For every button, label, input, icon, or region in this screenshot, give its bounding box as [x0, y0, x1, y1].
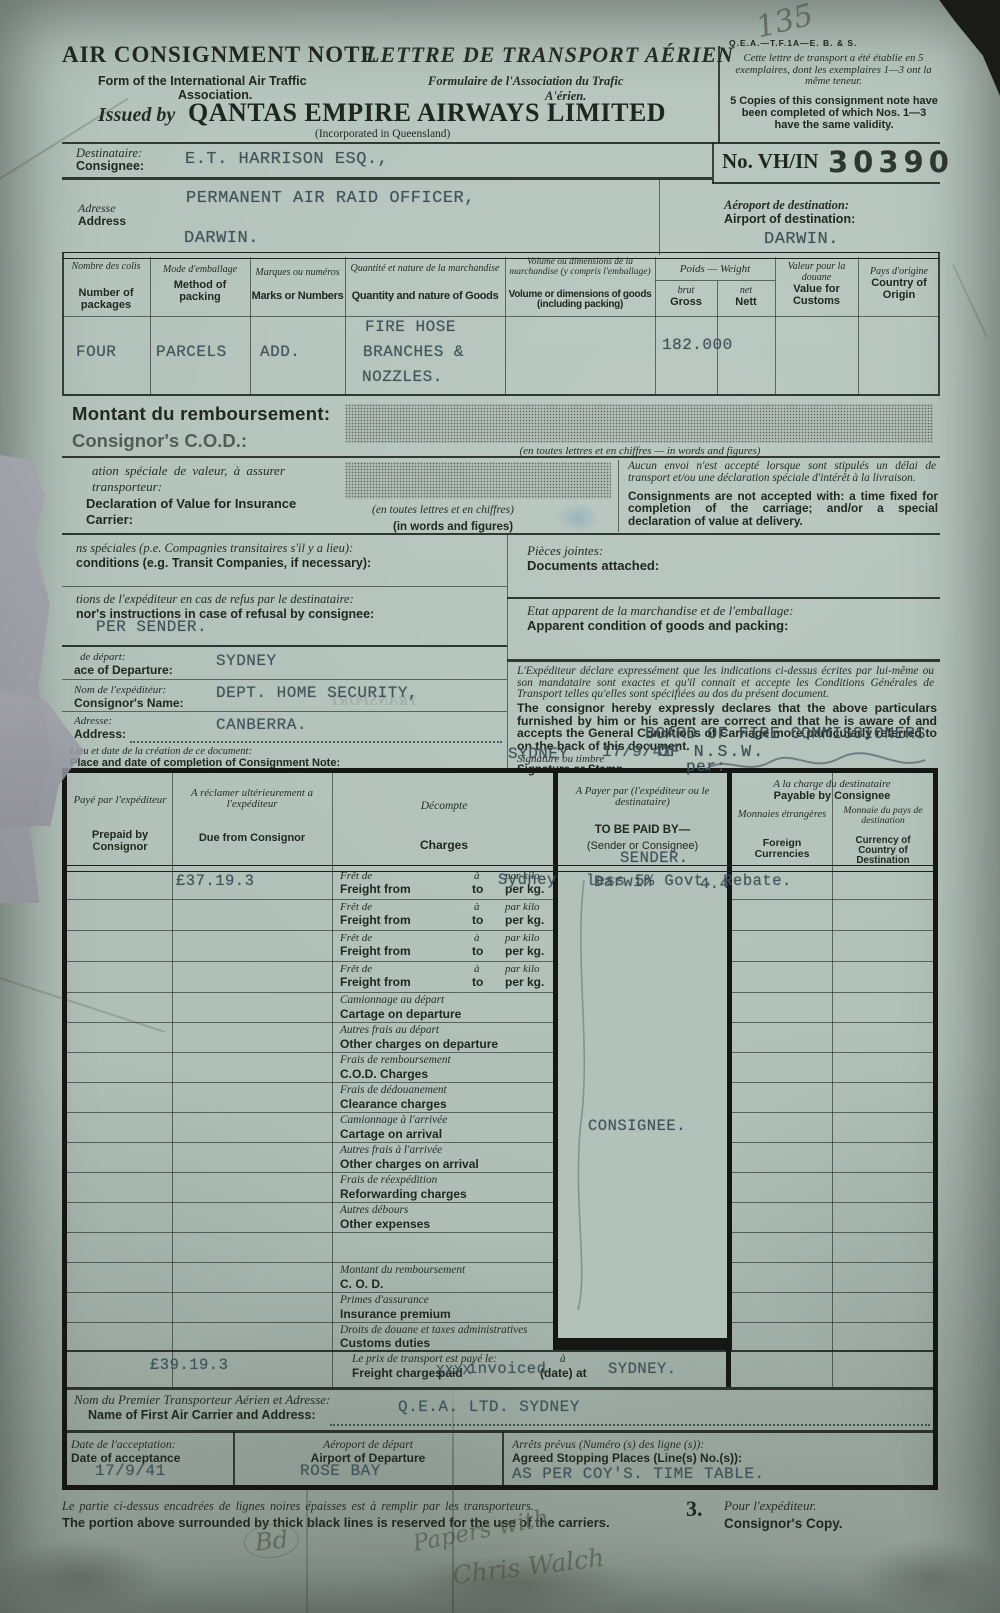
apparent-condition-label-fr: Etat apparent de la marchandise et de l'… [527, 603, 793, 619]
freight-from-en: Freight from [340, 944, 411, 958]
rule [67, 1112, 933, 1113]
destination-currency-header-fr: Monnaie du pays de destination [836, 806, 930, 826]
rule [659, 178, 660, 255]
freight-to-fr: à [474, 870, 480, 882]
goods-header-volume-fr: Volume ou dimensions de la marchandise (… [507, 258, 653, 278]
consignee-address-line2: DARWIN. [184, 229, 259, 248]
goods-header-packing-fr: Mode d'emballage [152, 264, 248, 275]
rule [67, 992, 933, 993]
freight-from-en: Freight from [340, 913, 411, 927]
first-carrier-label-fr: Nom du Premier Transporteur Aérien et Ad… [74, 1392, 330, 1408]
crease [452, 1385, 454, 1613]
goods-header-customs-fr: Valeur pour la douane [777, 262, 856, 283]
rule [655, 280, 775, 281]
place-of-departure-value: SYDNEY [216, 652, 277, 670]
rule [62, 142, 940, 144]
rule [618, 460, 619, 532]
consignor-name-label-fr: Nom de l'expéditéur: [74, 684, 166, 696]
tear-patch [0, 455, 58, 903]
rule [67, 1172, 933, 1173]
goods-description-line2: BRANCHES & [363, 343, 464, 361]
rule [67, 1022, 933, 1023]
rule [62, 645, 507, 647]
due-header-fr: A réclamer ultérieurement a l'expéditeur [176, 788, 328, 810]
freight-rate-en: per kg. [505, 975, 544, 989]
rule [67, 961, 933, 962]
special-conditions-label-en: conditions (e.g. Transit Companies, if n… [76, 556, 371, 570]
rule [858, 257, 859, 394]
stain [0, 1540, 160, 1613]
freight-rate-fr: par kilo [505, 901, 540, 913]
pen-stroke [572, 880, 596, 1310]
charge-item-en: Cartage on arrival [340, 1127, 442, 1141]
charge-item-en: Clearance charges [340, 1097, 447, 1111]
freight-rate-en: per kg. [505, 944, 544, 958]
charges-header-en: Charges [340, 838, 548, 852]
charge-item-en: Reforwarding charges [340, 1187, 467, 1201]
rule [62, 316, 940, 317]
charge-item-en: Other charges on departure [340, 1037, 498, 1051]
total-charges-value: £39.19.3 [150, 1356, 228, 1374]
goods-header-origin-fr: Pays d'origine [860, 266, 938, 277]
form-subtitle-fr-line1: Formulaire de l'Association du Trafic [428, 74, 623, 89]
rule [67, 1082, 933, 1083]
to-be-paid-by-column-bottom [553, 1338, 732, 1350]
copy-label-fr: Pour l'expéditeur. [724, 1498, 816, 1514]
goods-header-nett-en: Nett [719, 296, 773, 308]
freight-from-en: Freight from [340, 975, 411, 989]
gross-weight-value: 182.000 [662, 336, 733, 354]
freight-from-fr: Frêt de [340, 870, 372, 882]
rule [150, 257, 151, 394]
acceptance-date-label-fr: Date de l'acceptation: [71, 1437, 176, 1452]
company-incorporated: (Incorporated in Queensland) [315, 128, 450, 140]
goods-header-quantity-en: Quantity and nature of Goods [345, 290, 505, 302]
air-consignment-note-document: AIR CONSIGNMENT NOTE LETTRE DE TRANSPORT… [0, 0, 1000, 1613]
copy-number: 3. [686, 1496, 703, 1522]
insurance-label-fr-line1: ation spéciale de valeur, à assurer [92, 463, 285, 479]
consignee-label-en: Consignee: [76, 159, 144, 173]
refusal-instructions-value: PER SENDER. [96, 618, 207, 636]
signature-ink [700, 750, 930, 780]
place-of-departure-label-fr: de départ: [80, 651, 126, 663]
charge-item-en: Customs duties [340, 1336, 430, 1350]
rule [507, 659, 940, 662]
departure-airport-value: ROSE BAY [300, 1462, 381, 1480]
destination-value: DARWIN. [764, 230, 839, 249]
charge-item-en: C.O.D. Charges [340, 1067, 428, 1081]
insurance-caption-fr: (en toutes lettres et en chiffres) [372, 504, 514, 516]
consignor-address-value: CANBERRA. [216, 716, 307, 734]
rule [712, 142, 714, 183]
rule [250, 257, 251, 394]
charges-header-fr: Décompte [340, 800, 548, 812]
insurance-fill-area [345, 462, 611, 499]
goods-header-quantity-fr: Quantité et nature de la marchandise [347, 264, 503, 275]
goods-header-gross-en: Gross [657, 296, 715, 308]
goods-header-weight: Poids — Weight [657, 263, 773, 275]
stopping-places-label-en: Agreed Stopping Places (Line(s) No.(s)): [512, 1451, 742, 1465]
rule [67, 1052, 933, 1053]
goods-header-origin-en: Country of Origin [860, 278, 938, 301]
form-code: Q.E.A.—T.F.1A—E. B. & S. [729, 38, 857, 48]
goods-header-packages-en: Number of packages [64, 288, 148, 311]
cod-label-fr: Montant du remboursement: [72, 403, 330, 425]
rule [507, 597, 940, 599]
rule [62, 586, 507, 587]
charge-item-fr: Primes d'assurance [340, 1294, 429, 1306]
completion-label-fr: Lieu et date de la création de ce docume… [70, 746, 252, 757]
goods-header-packing-en: Method of packing [152, 280, 248, 303]
freight-rate-en: per kg. [505, 913, 544, 927]
insurance-label-en-line2: Carrier: [86, 512, 133, 527]
rule [62, 394, 940, 396]
rule [62, 456, 940, 458]
stopping-places-value: AS PER COY'S. TIME TABLE. [512, 1465, 765, 1483]
goods-description-line3: NOZZLES. [362, 368, 443, 386]
paid-by-header-en1: TO BE PAID BY— [560, 824, 725, 836]
charge-item-fr: Frais de réexpédition [340, 1174, 437, 1186]
documents-attached-label-en: Documents attached: [527, 558, 659, 573]
copy-label-en: Consignor's Copy. [724, 1516, 842, 1531]
completion-place-value: SYDNEY [508, 745, 569, 763]
address-label-en: Address [78, 214, 126, 228]
crease [952, 264, 988, 337]
destination-currency-header-en: Currency of Country of Destination [836, 836, 930, 867]
freight-from-en: Freight from [340, 882, 411, 896]
rule [655, 257, 656, 394]
rule [67, 1232, 933, 1233]
foreign-currencies-header-en: Foreign Currencies [736, 838, 828, 860]
rule [67, 1350, 933, 1352]
destination-label-en: Airport of destination: [724, 212, 855, 226]
insurance-label-fr-line2: transporteur: [92, 479, 162, 495]
cod-label-en: Consignor's C.O.D.: [72, 430, 247, 452]
insurance-note-en: Consignments are not accepted with: a ti… [628, 490, 938, 527]
rule [67, 1430, 933, 1433]
insurance-label-en-line1: Declaration of Value for Insurance [86, 496, 296, 511]
ink-bleedthrough: TRANSPORT [330, 693, 418, 710]
insurance-caption-en: (in words and figures) [393, 521, 513, 533]
charge-item-fr: Camionnage au départ [340, 994, 444, 1006]
freight-rate-fr: par kilo [505, 963, 540, 975]
document-title-fr: LETTRE DE TRANSPORT AÉRIEN [366, 42, 734, 68]
charge-item-fr: Autres frais à l'arrivée [340, 1144, 442, 1156]
consignee-name-value: E.T. HARRISON ESQ., [185, 150, 388, 169]
marks-value: ADD. [260, 343, 300, 361]
rule [62, 711, 507, 712]
rule [330, 1424, 930, 1426]
crease [306, 1490, 308, 1613]
goods-header-customs-en: Value for Customs [777, 284, 856, 307]
rule [62, 177, 712, 180]
goods-header-marks-fr: Marques ou numéros [252, 268, 343, 279]
goods-header-volume-en: Volume or dimensions of goods (including… [507, 290, 653, 311]
stopping-places-label-fr: Arrêts prévus (Numéro (s) des ligne (s))… [512, 1437, 704, 1452]
consignment-number-label: No. VH/IN [722, 149, 818, 174]
rule [67, 1262, 933, 1263]
prepaid-header-en: Prepaid by Consignor [70, 830, 170, 853]
freight-paid-label-en: Freight charges [352, 1366, 442, 1380]
goods-header-packages-fr: Nombre des colis [64, 262, 148, 273]
consignor-address-label-en: Address: [74, 727, 126, 741]
charge-item-fr: Autres frais au départ [340, 1024, 439, 1036]
charge-item-fr: Montant du remboursement [340, 1264, 465, 1276]
company-name: QANTAS EMPIRE AIRWAYS LIMITED [188, 98, 666, 128]
freight-from-value: Sydney [498, 871, 557, 889]
rule [67, 1322, 933, 1323]
packing-value: PARCELS [156, 343, 227, 361]
freight-due-value: £37.19.3 [176, 872, 254, 890]
rule [775, 257, 776, 394]
charge-item-fr: Frais de dédouanement [340, 1084, 447, 1096]
invoiced-value: invoiced [468, 1360, 546, 1378]
paid-by-consignee-value: CONSIGNEE. [588, 1117, 686, 1135]
documents-attached-label-fr: Pièces jointes: [527, 543, 603, 559]
form-subtitle-en-line1: Form of the International Air Traffic [98, 74, 307, 88]
stamp-line1: BOARD OF FIRE COMMISSIONERS [645, 724, 926, 743]
stain [860, 1540, 1000, 1613]
rule [62, 679, 507, 680]
freight-from-fr: Frêt de [340, 963, 372, 975]
refusal-instructions-label-fr: tions de l'expéditeur en cas de refus pa… [76, 592, 354, 607]
document-title-en: AIR CONSIGNMENT NOTE [62, 42, 377, 68]
charge-item-en: Other charges on arrival [340, 1157, 479, 1171]
first-carrier-value: Q.E.A. LTD. SYDNEY [398, 1398, 580, 1416]
insurance-note-fr: Aucun envoi n'est accepté lorsque sont s… [628, 461, 936, 485]
charge-item-en: Cartage on departure [340, 1007, 461, 1021]
rule [505, 257, 506, 394]
charge-item-fr: Frais de remboursement [340, 1054, 451, 1066]
freight-to-en: to [472, 913, 483, 927]
rule [130, 741, 502, 743]
rebate-note-value: less 5% Govt. Rebate. [586, 872, 792, 890]
charge-item-fr: Camionnage à l'arrivée [340, 1114, 447, 1126]
rule [726, 1350, 731, 1387]
paid-strikeout: XXXX [436, 1363, 472, 1379]
freight-to-fr: à [474, 932, 480, 944]
freight-paid-place-value: SYDNEY. [608, 1360, 677, 1378]
freight-paid-date-at: (date) at [540, 1366, 587, 1380]
rule [712, 182, 940, 184]
rule [67, 1202, 933, 1203]
freight-to-en: to [472, 882, 483, 896]
charge-item-fr: Autres débours [340, 1204, 408, 1216]
apparent-condition-label-en: Apparent condition of goods and packing: [527, 618, 788, 633]
goods-header-marks-en: Marks or Numbers [250, 290, 345, 302]
rule [62, 252, 64, 394]
rule [67, 899, 933, 900]
rule [938, 252, 940, 394]
place-of-departure-label-en: ace of Departure: [74, 663, 173, 677]
freight-from-fr: Frêt de [340, 901, 372, 913]
corner-note-fr: Cette lettre de transport a été établie … [727, 53, 940, 88]
consignment-number-stamp: 30390 [828, 145, 954, 179]
rule [62, 533, 940, 535]
goods-header-gross-fr: brut [657, 285, 715, 296]
consignor-address-label-fr: Adresse: [74, 715, 112, 727]
acceptance-date-value: 17/9/41 [95, 1462, 166, 1480]
rule [502, 1432, 504, 1485]
foreign-currencies-header-fr: Monnaies étrangères [736, 810, 828, 821]
rule [233, 1432, 235, 1485]
freight-to-fr: à [474, 901, 480, 913]
first-carrier-label-en: Name of First Air Carrier and Address: [88, 1408, 316, 1422]
rule [67, 1387, 933, 1390]
declaration-text-fr: L'Expéditeur déclare expressément que le… [517, 666, 934, 701]
rule [507, 534, 508, 768]
rule [67, 930, 933, 931]
cod-fill-area [345, 404, 933, 443]
freight-to-en: to [472, 975, 483, 989]
paid-by-header-fr: A Payer par (l'expéditeur ou le destinat… [560, 786, 725, 808]
due-header-en: Due from Consignor [176, 833, 328, 845]
charge-item-en: C. O. D. [340, 1277, 383, 1291]
corner-note-en: 5 Copies of this consignment note have b… [729, 95, 939, 131]
paid-by-sender-value: SENDER. [620, 849, 689, 867]
consignor-name-label-en: Consignor's Name: [74, 696, 184, 710]
freight-to-en: to [472, 944, 483, 958]
rule [345, 257, 346, 394]
goods-description-line1: FIRE HOSE [365, 318, 456, 336]
footer-note-fr: Le partie ci-dessus encadrées de lignes … [62, 1499, 534, 1514]
charge-item-fr: Droits de douane et taxes administrative… [340, 1324, 528, 1336]
rule [62, 252, 940, 259]
special-conditions-label-fr: ns spéciales (p.e. Compagnies transitair… [76, 541, 353, 556]
freight-rate-fr: par kilo [505, 932, 540, 944]
departure-airport-label-fr: Aéroport de départ [238, 1437, 498, 1452]
consignee-address-line1: PERMANENT AIR RAID OFFICER, [186, 189, 475, 208]
stain [556, 503, 600, 533]
stain [400, 1555, 640, 1610]
charge-item-en: Other expenses [340, 1217, 430, 1231]
goods-header-nett-fr: net [719, 285, 773, 296]
charge-item-en: Insurance premium [340, 1307, 451, 1321]
freight-paid-label-fr-a: à [560, 1353, 566, 1365]
corner-box-border [718, 46, 720, 143]
payable-group-header-en: Payable by Consignee [734, 790, 930, 802]
rule [67, 1292, 933, 1293]
rule [67, 1142, 933, 1143]
packages-value: FOUR [76, 343, 116, 361]
freight-to-fr: à [474, 963, 480, 975]
destination-label-fr: Aéroport de destination: [724, 198, 849, 213]
prepaid-header-fr: Payé par l'expéditeur [70, 795, 170, 806]
freight-from-fr: Frêt de [340, 932, 372, 944]
